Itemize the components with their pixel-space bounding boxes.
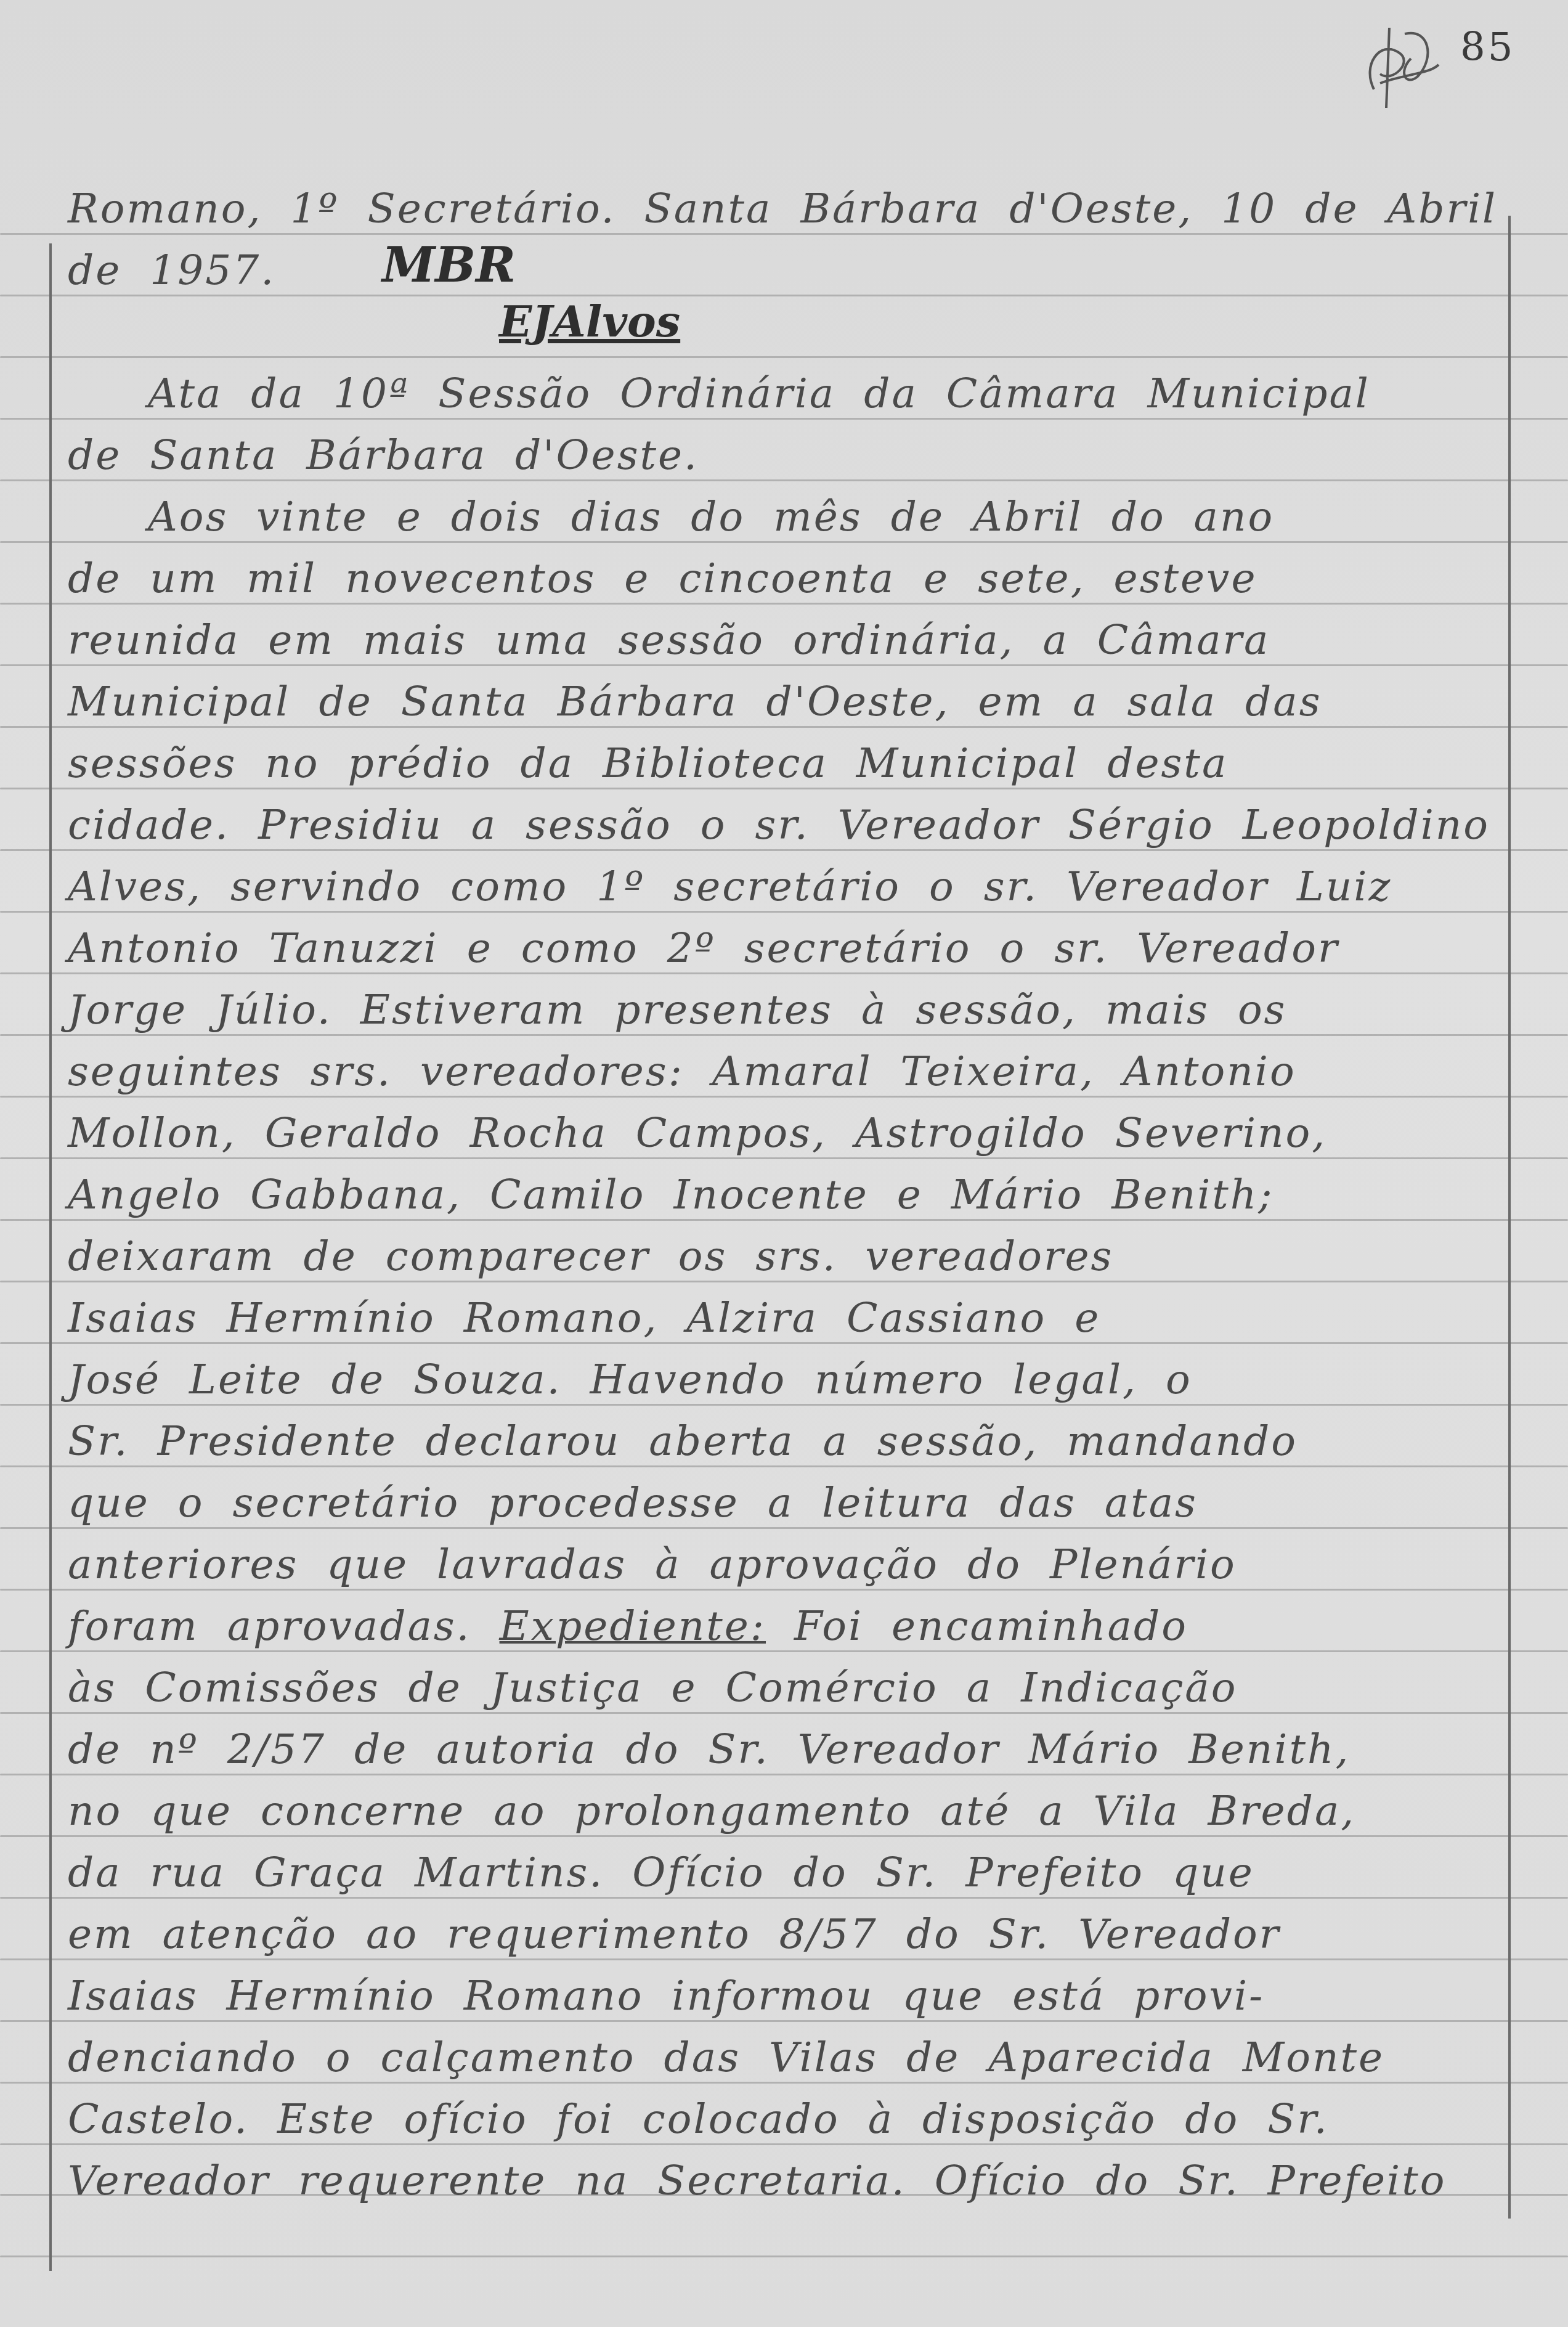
signature: MBR <box>382 237 516 293</box>
body-line: às Comissões de Justiça e Comércio a Ind… <box>68 1664 1503 1711</box>
signature: EJAlvos <box>499 296 680 347</box>
ruled-line <box>0 2143 1568 2145</box>
body-line: no que concerne ao prolongamento até a V… <box>68 1787 1503 1835</box>
body-line: Angelo Gabbana, Camilo Inocente e Mário … <box>68 1171 1503 1218</box>
body-line: de nº 2/57 de autoria do Sr. Vereador Má… <box>68 1726 1503 1773</box>
header-line: de 1957. <box>68 247 314 294</box>
ruled-line <box>0 2082 1568 2084</box>
body-line: reunida em mais uma sessão ordinária, a … <box>68 616 1503 664</box>
minutes-title: Ata da 10ª Sessão Ordinária da Câmara Mu… <box>68 370 1568 417</box>
ruled-line <box>0 1835 1568 1837</box>
ruled-line <box>0 1465 1568 1467</box>
body-line: Mollon, Geraldo Rocha Campos, Astrogildo… <box>68 1109 1503 1157</box>
body-line: denciando o calçamento das Vilas de Apar… <box>68 2034 1503 2081</box>
rubric-signature-icon <box>1355 15 1448 114</box>
ruled-line <box>0 356 1568 358</box>
ruled-line <box>0 2020 1568 2022</box>
ruled-line <box>0 1157 1568 1159</box>
ruled-line <box>0 1897 1568 1899</box>
body-line: anteriores que lavradas à aprovação do P… <box>68 1541 1503 1588</box>
ruled-line <box>0 603 1568 605</box>
ruled-line <box>0 1219 1568 1221</box>
body-line: Alves, servindo como 1º secretário o sr.… <box>68 863 1503 910</box>
ruled-line <box>0 1281 1568 1282</box>
expediente-heading: Expediente: <box>500 1602 766 1650</box>
body-line: Sr. Presidente declarou aberta a sessão,… <box>68 1417 1503 1465</box>
ruled-line <box>0 1589 1568 1591</box>
ruled-line <box>0 418 1568 420</box>
left-margin-line <box>49 243 52 2271</box>
body-text: foram aprovadas. <box>68 1602 471 1650</box>
body-line: seguintes srs. vereadores: Amaral Teixei… <box>68 1048 1503 1095</box>
body-line: cidade. Presidiu a sessão o sr. Vereador… <box>68 801 1503 849</box>
body-line: Isaias Hermínio Romano informou que está… <box>68 1972 1503 2019</box>
ruled-line <box>0 295 1568 296</box>
body-line: foram aprovadas. Expediente: Foi encamin… <box>68 1602 1503 1650</box>
ruled-line <box>0 664 1568 666</box>
body-line: Municipal de Santa Bárbara d'Oeste, em a… <box>68 678 1503 725</box>
ruled-line <box>0 1096 1568 1098</box>
ruled-line <box>0 1527 1568 1529</box>
ruled-line <box>0 1404 1568 1406</box>
ruled-line <box>0 972 1568 974</box>
body-line: sessões no prédio da Biblioteca Municipa… <box>68 740 1503 787</box>
body-text: Foi encaminhado <box>794 1602 1188 1650</box>
notebook-page: 85 Romano, 1º Secretário. Santa Bárbara … <box>0 0 1568 2327</box>
body-line: Antonio Tanuzzi e como 2º secretário o s… <box>68 924 1503 972</box>
ruled-line <box>0 1774 1568 1775</box>
ruled-line <box>0 1958 1568 1960</box>
ruled-line <box>0 541 1568 543</box>
page-number: 85 <box>1460 25 1515 70</box>
ruled-line <box>0 1342 1568 1344</box>
ruled-line <box>0 911 1568 913</box>
body-line: de um mil novecentos e cincoenta e sete,… <box>68 555 1503 602</box>
body-line: deixaram de comparecer os srs. vereadore… <box>68 1233 1503 1280</box>
body-line: Castelo. Este ofício foi colocado à disp… <box>68 2095 1503 2143</box>
body-line: Aos vinte e dois dias do mês de Abril do… <box>68 493 1568 540</box>
header-line: Romano, 1º Secretário. Santa Bárbara d'O… <box>68 185 1503 232</box>
body-line: Isaias Hermínio Romano, Alzira Cassiano … <box>68 1294 1503 1342</box>
ruled-line <box>0 2256 1568 2257</box>
body-line: em atenção ao requerimento 8/57 do Sr. V… <box>68 1910 1503 1958</box>
ruled-line <box>0 479 1568 481</box>
ruled-line <box>0 1712 1568 1714</box>
ruled-line <box>0 1650 1568 1652</box>
ruled-line <box>0 849 1568 851</box>
body-line: que o secretário procedesse a leitura da… <box>68 1479 1503 1526</box>
ruled-line <box>0 726 1568 728</box>
minutes-title: de Santa Bárbara d'Oeste. <box>68 431 1503 479</box>
ruled-line <box>0 1034 1568 1036</box>
ruled-line <box>0 788 1568 789</box>
body-line: José Leite de Souza. Havendo número lega… <box>68 1356 1503 1403</box>
ruled-line <box>0 233 1568 235</box>
body-line: Jorge Júlio. Estiveram presentes à sessã… <box>68 986 1503 1033</box>
body-line: Vereador requerente na Secretaria. Ofíci… <box>68 2157 1503 2204</box>
body-line: da rua Graça Martins. Ofício do Sr. Pref… <box>68 1849 1503 1896</box>
